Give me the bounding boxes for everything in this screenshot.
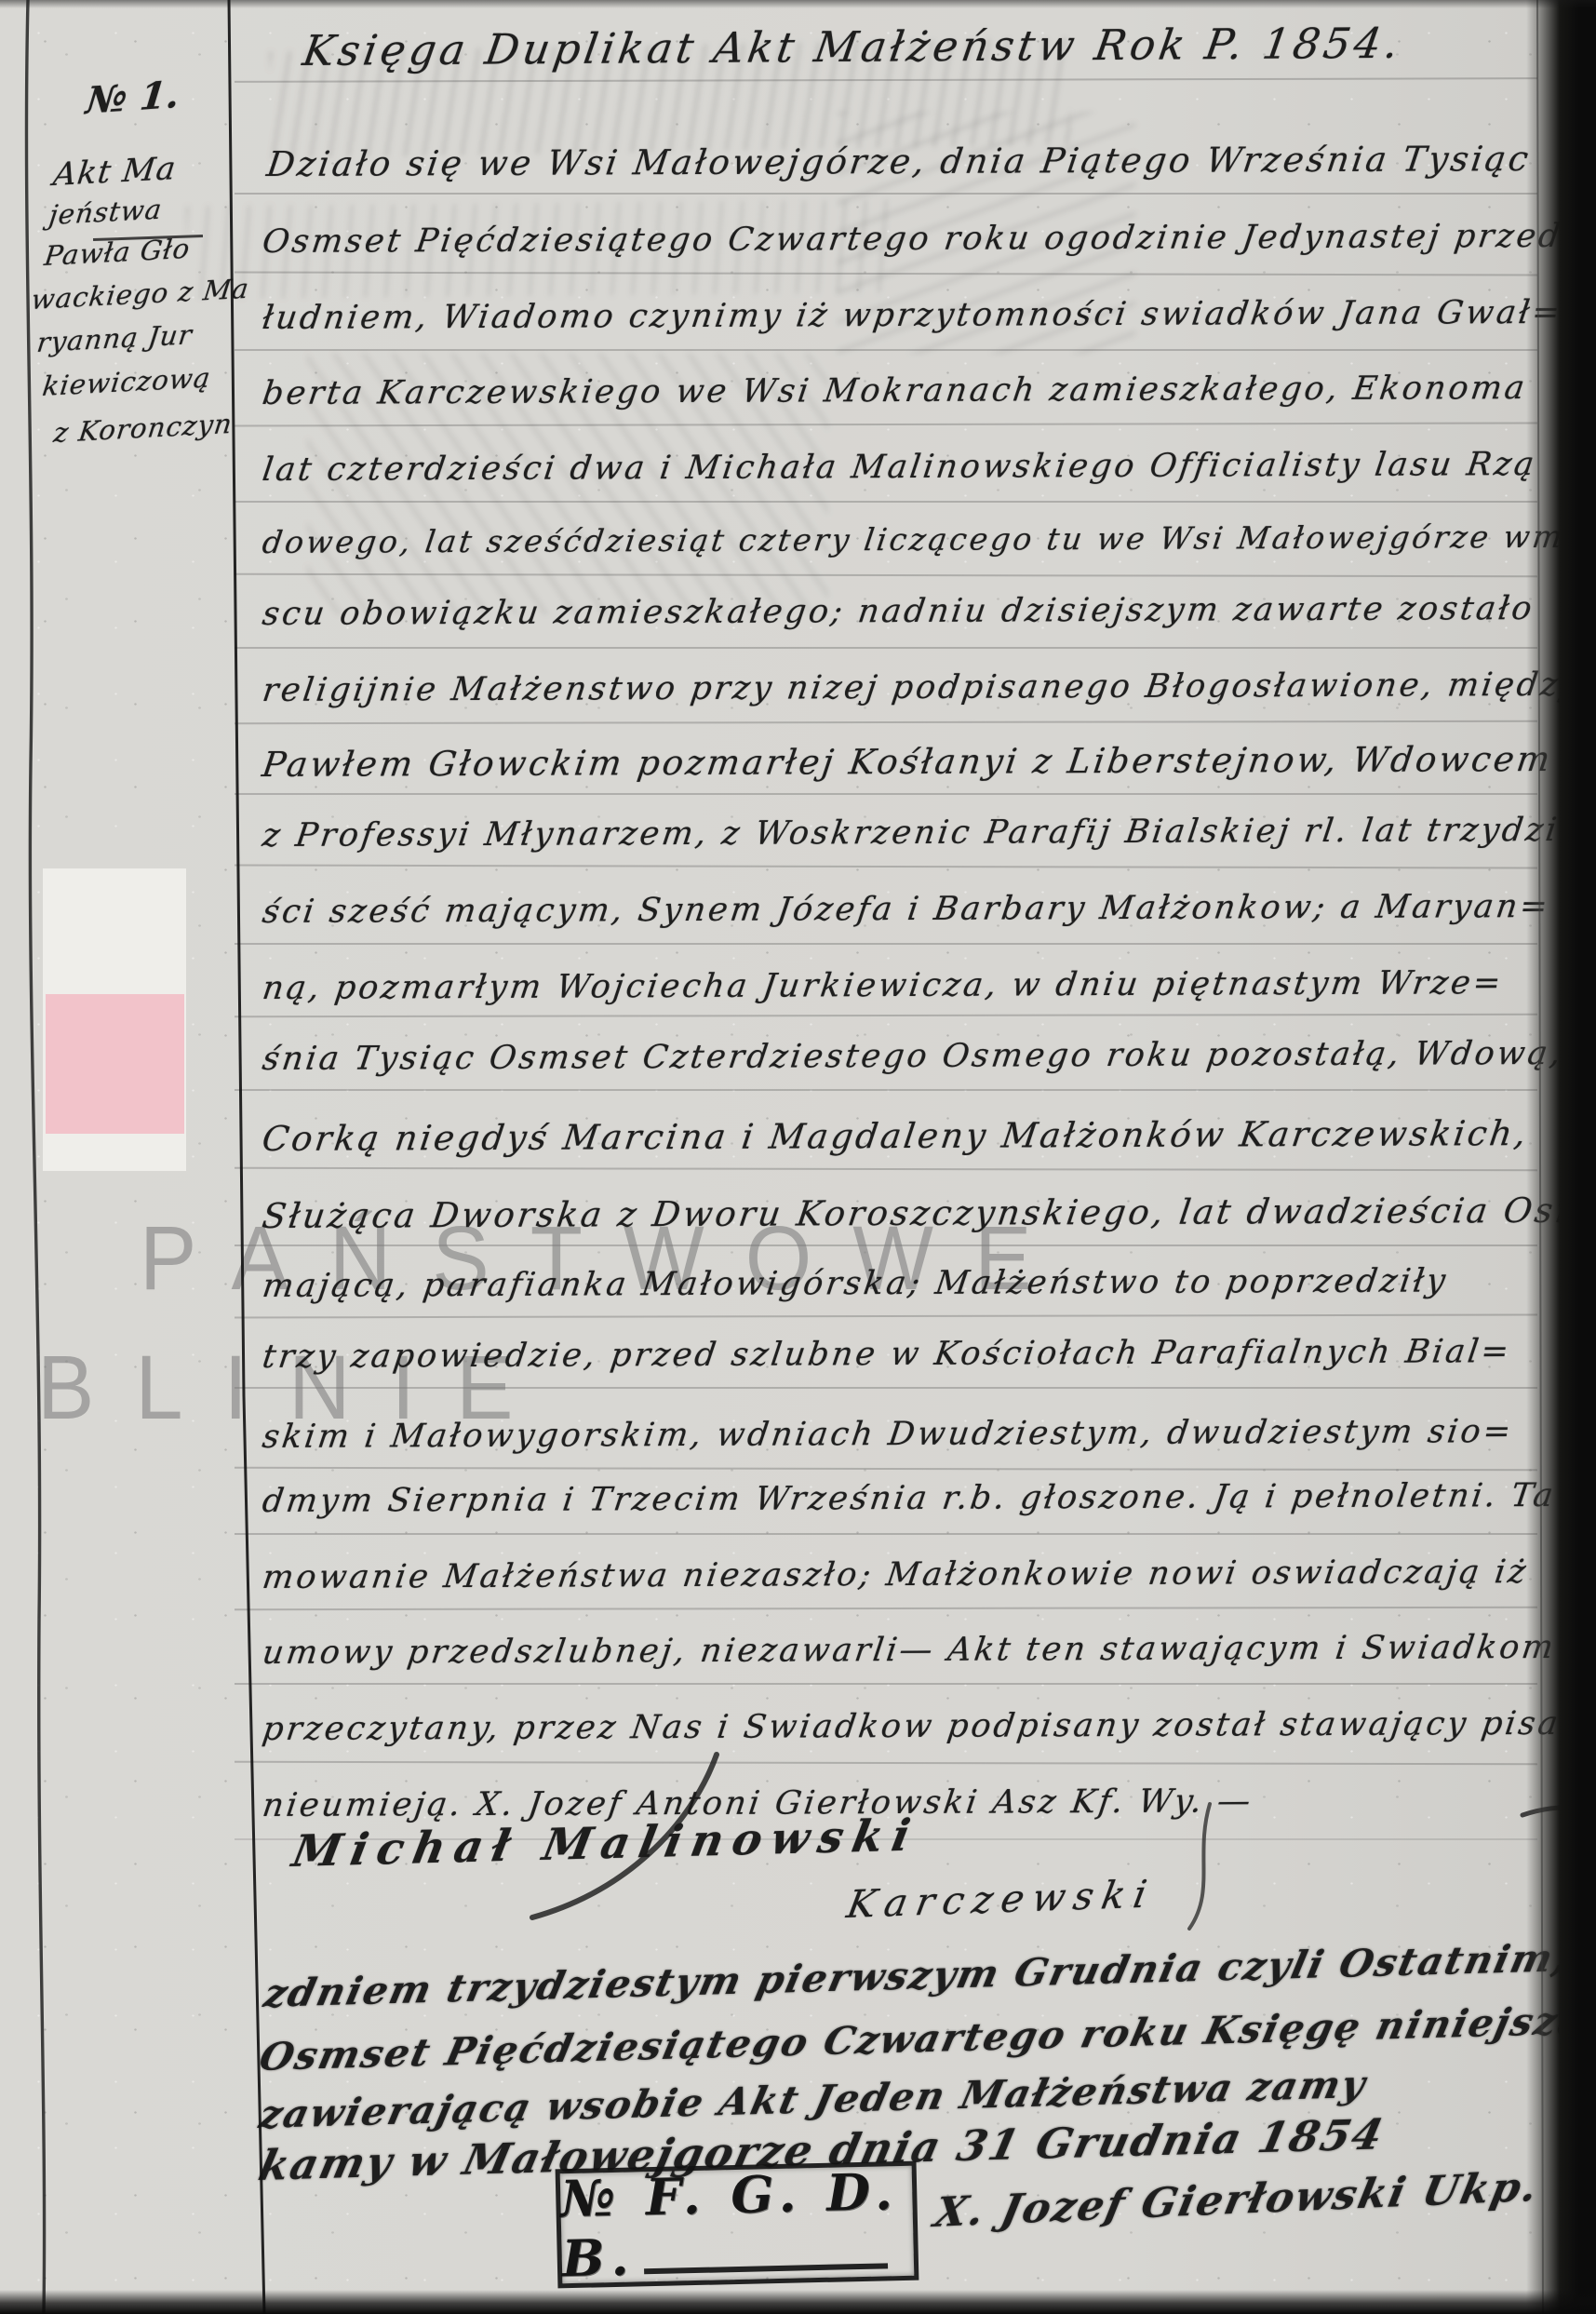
ruled-line <box>235 501 1537 503</box>
body-line: mającą, parafianka Małowigórska; Małżeńs… <box>261 1262 1451 1305</box>
body-line: dowego, lat sześćdziesiąt cztery liczące… <box>261 518 1596 560</box>
ruled-line <box>235 865 1537 869</box>
ruled-line <box>235 272 1537 276</box>
archive-pink-patch <box>46 994 184 1134</box>
scanned-register-page: PAŃSTWOWE BLINIE Księga Duplikat Akt Mał… <box>0 0 1596 2314</box>
margin-note-line: z Koronczyn <box>52 408 235 449</box>
body-line: berta Karczewskiego we Wsi Mokranach zam… <box>261 370 1530 412</box>
ruled-line <box>235 1314 1537 1319</box>
ruled-line <box>235 193 1537 195</box>
ruled-line <box>235 349 1537 351</box>
body-line: mowanie Małżeństwa niezaszło; Małżonkowi… <box>261 1554 1531 1596</box>
body-line: religijnie Małżenstwo przy nizej podpisa… <box>261 666 1585 709</box>
body-line: przeczytany, przez Nas i Swiadkow podpis… <box>261 1705 1584 1748</box>
ruled-line <box>235 573 1537 577</box>
body-line: łudniem, Wiadomo czynimy iż wprzytomnośc… <box>261 294 1565 337</box>
body-line: umowy przedszlubnej, niezawarli— Akt ten… <box>261 1629 1559 1672</box>
body-line: Służąca Dworska z Dworu Koroszczynskiego… <box>260 1191 1593 1236</box>
ruled-line <box>235 1089 1537 1091</box>
margin-note-line: jeństwa <box>47 194 165 231</box>
body-line: śnia Tysiąc Osmset Czterdziestego Osmego… <box>261 1035 1566 1078</box>
ruled-line <box>235 1607 1537 1610</box>
act-number: № 1. <box>84 73 181 123</box>
ruled-line <box>235 1533 1537 1535</box>
archive-stamp: № F. G. D. B. <box>556 2161 919 2289</box>
body-line: scu obowiązku zamieszkałego; nadniu dzis… <box>261 590 1537 633</box>
ruled-line <box>235 943 1537 945</box>
body-line: dmym Sierpnia i Trzecim Września r.b. gł… <box>261 1477 1559 1520</box>
ruled-line <box>235 77 1537 83</box>
ruled-line <box>235 1467 1537 1471</box>
ruled-line <box>235 423 1537 427</box>
ruled-line <box>235 720 1537 724</box>
book-gutter-shadow <box>1526 0 1596 2314</box>
margin-note-line: Akt Ma <box>51 150 179 194</box>
signature-flourish <box>1189 1804 1210 1929</box>
closing-signature: X. Jozef Gierłowski Ukp. <box>931 2163 1544 2237</box>
body-line: z Professyi Młynarzem, z Woskrzenic Para… <box>261 812 1584 854</box>
top-edge-shadow <box>0 0 1596 8</box>
ruled-line <box>235 793 1537 795</box>
body-line: Działo się we Wsi Małowejgórze, dnia Pią… <box>264 139 1534 184</box>
bottom-edge-shadow <box>0 2290 1596 2314</box>
witness-signature-2: Karczewski <box>843 1872 1158 1927</box>
margin-note-line: wackiego z Ma <box>30 273 251 316</box>
body-line: trzy zapowiedzie, przed szlubne w Kościo… <box>261 1333 1514 1376</box>
ruled-line <box>235 647 1537 649</box>
record-title: Księga Duplikat Akt Małżeństw Rok P. 185… <box>300 19 1405 75</box>
body-line: ną, pozmarłym Wojciecha Jurkiewicza, w d… <box>261 964 1506 1007</box>
body-line: lat czterdzieści dwa i Michała Malinowsk… <box>261 446 1539 489</box>
body-line: Osmset Pięćdziesiątego Czwartego roku og… <box>261 217 1596 261</box>
body-line: ści sześć mającym, Synem Józefa i Barbar… <box>261 888 1553 931</box>
margin-note-line: kiewiczową <box>41 362 213 402</box>
ruled-line <box>235 1761 1537 1765</box>
ruled-line <box>235 1683 1537 1685</box>
body-line: Pawłem Głowckim pozmarłej Kośłanyi z Lib… <box>260 739 1555 785</box>
body-line: Corką niegdyś Marcina i Magdaleny Małżon… <box>260 1113 1531 1159</box>
margin-note-line: ryanną Jur <box>35 318 194 358</box>
ruled-line <box>235 1014 1537 1017</box>
ruled-line <box>235 1167 1537 1171</box>
body-line: skim i Małowygorskim, wdniach Dwudziesty… <box>261 1413 1516 1456</box>
